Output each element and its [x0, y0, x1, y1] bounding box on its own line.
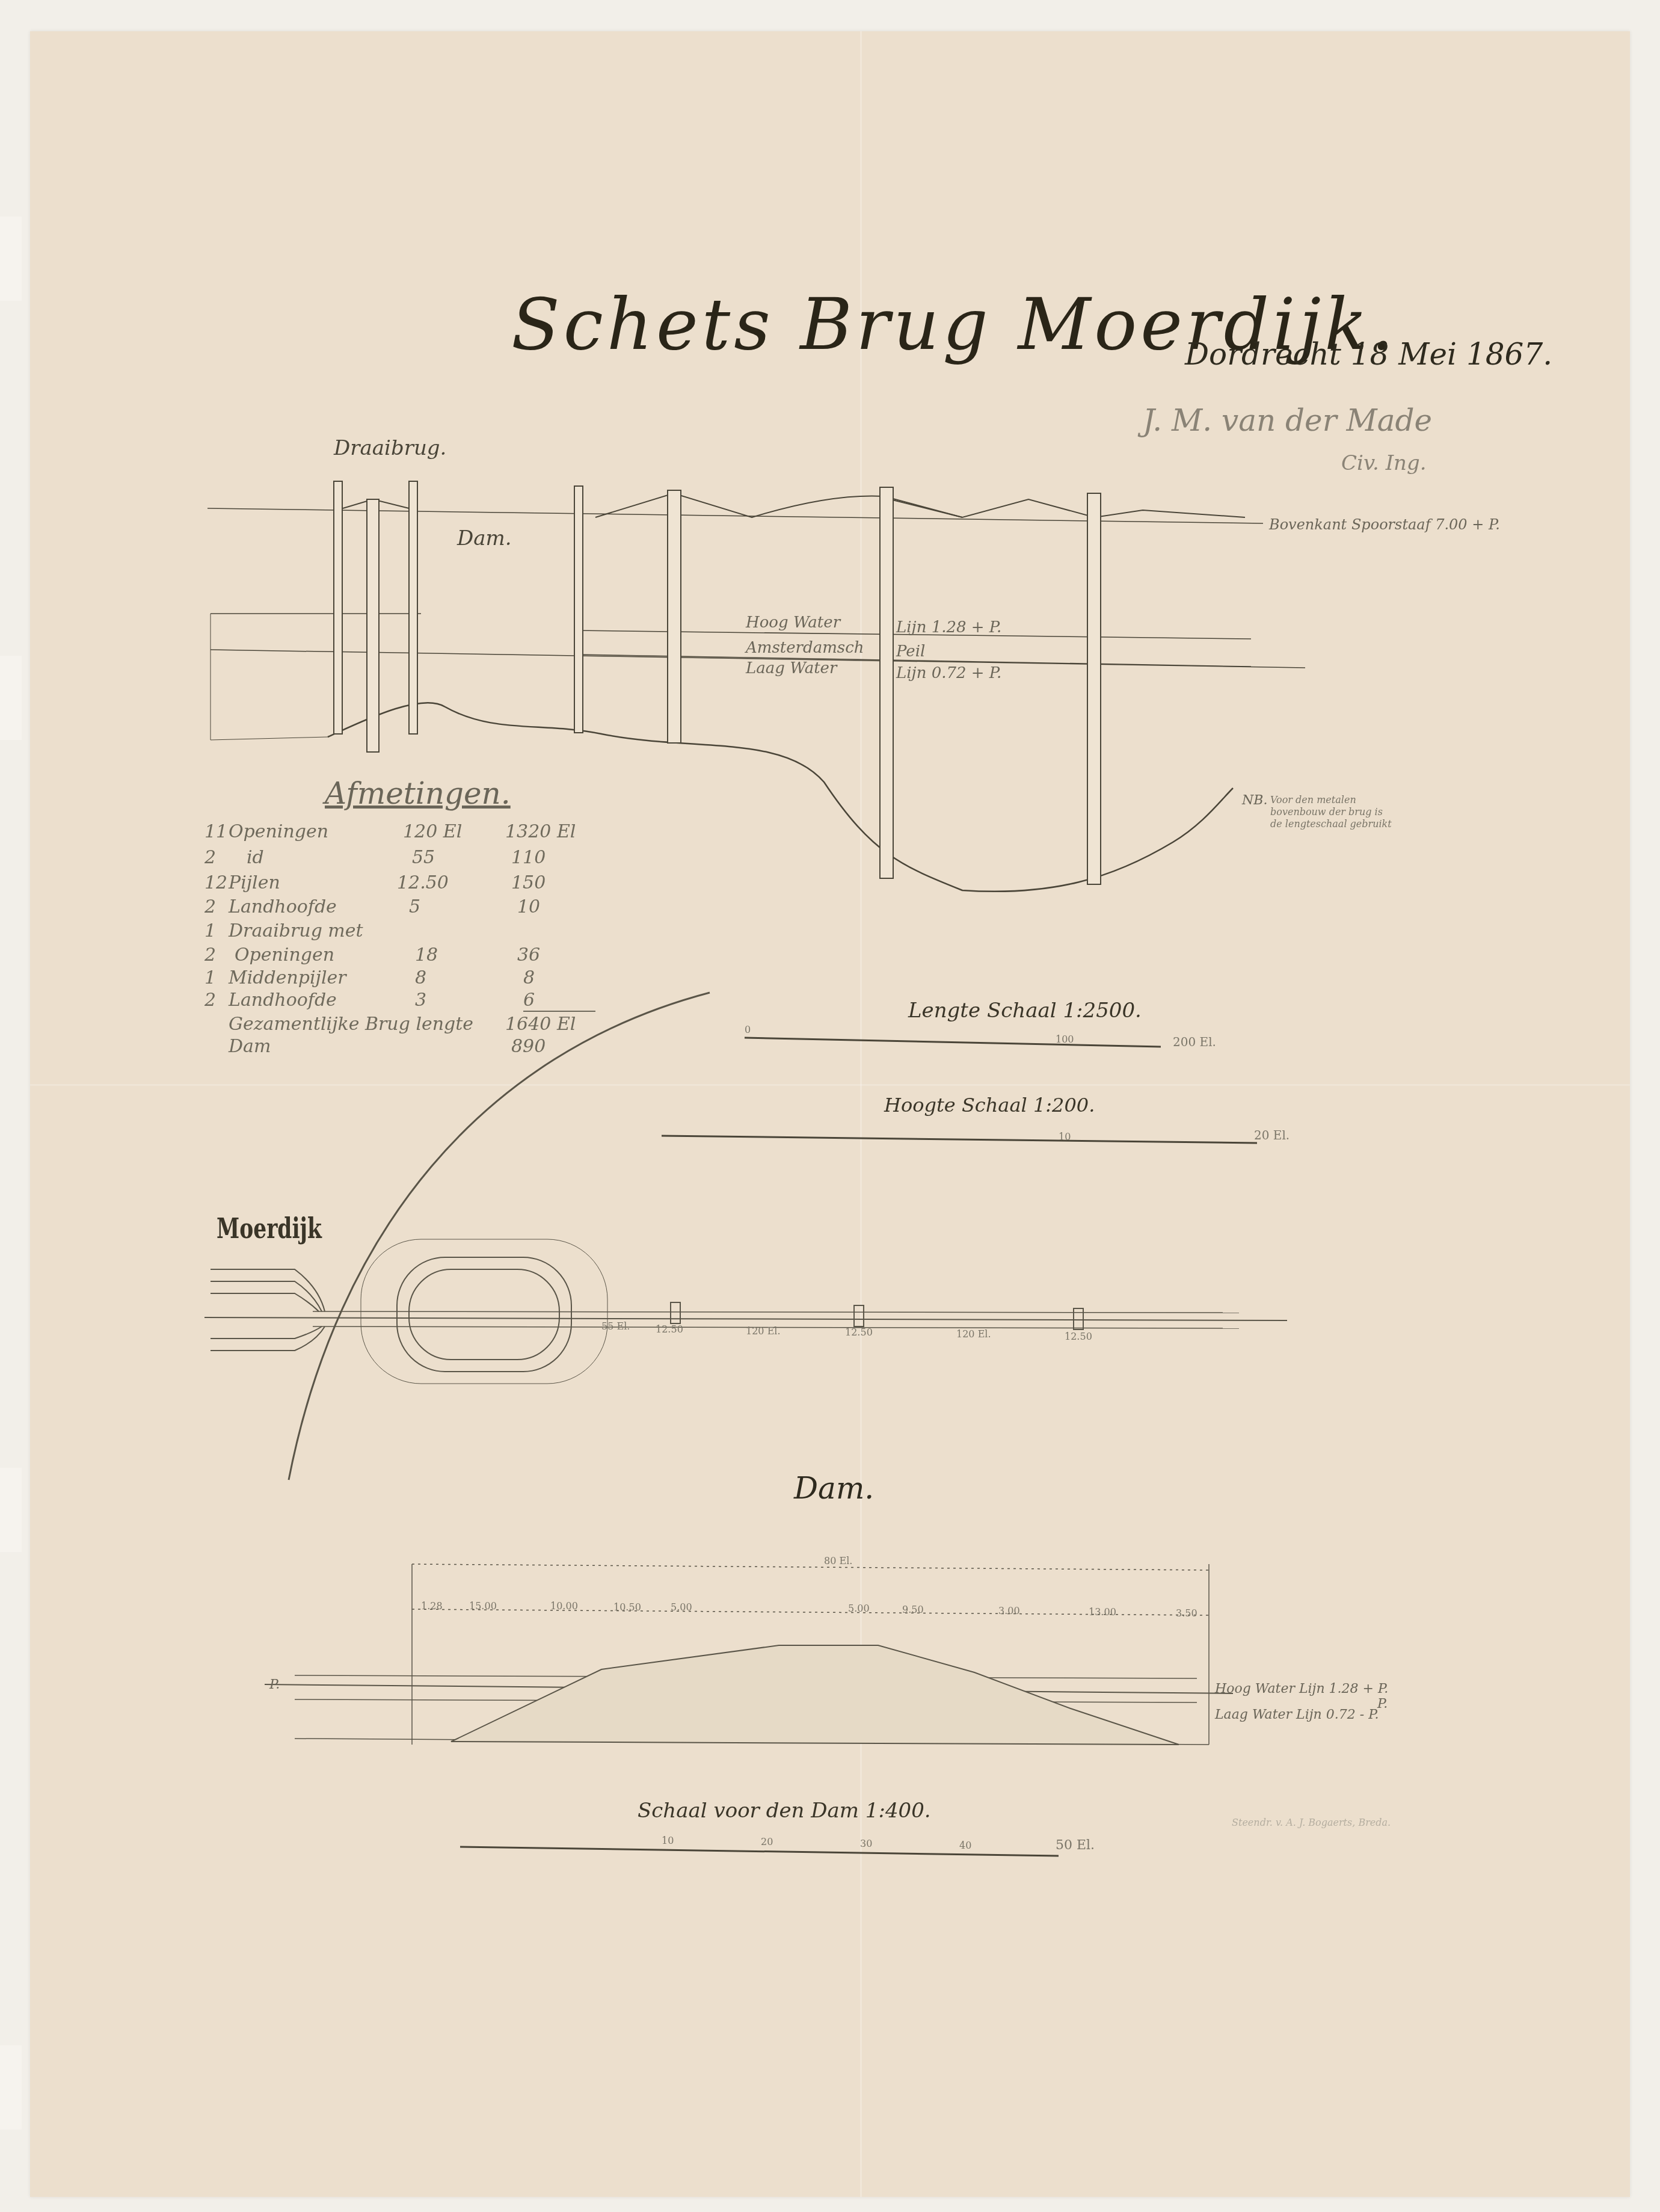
- scale-dam-mark: 40: [959, 1840, 971, 1851]
- scale-lengte-title: Lengte Schaal 1:2500.: [908, 999, 1142, 1023]
- row-total: 110: [511, 847, 546, 868]
- scale-hoogte-mid: 10: [1059, 1131, 1071, 1142]
- note-line: bovenbouw der brug is: [1270, 806, 1383, 818]
- water-level-name: Amsterdamsch: [746, 639, 864, 657]
- row-unit: 8: [415, 967, 426, 988]
- dimensions-title: Afmetingen.: [325, 776, 511, 811]
- dam-seg: 3.00: [998, 1605, 1020, 1616]
- row-count: 1: [204, 967, 216, 988]
- table-row: 2Landhoofde510: [204, 896, 613, 920]
- row-total: 6: [523, 990, 595, 1012]
- dam-value: 890: [511, 1036, 546, 1057]
- plan-dim: 12.50: [845, 1326, 873, 1338]
- table-row: 2Landhoofde36: [204, 990, 613, 1014]
- row-item: Landhoofde: [229, 896, 337, 917]
- dam-high-water: Hoog Water Lijn 1.28 + P.: [1215, 1681, 1388, 1696]
- scale-hoogte-end: 20 El.: [1254, 1128, 1290, 1142]
- row-item: Openingen: [235, 944, 334, 966]
- dam-label: Dam: [229, 1036, 271, 1057]
- scale-lengte-zero: 0: [745, 1024, 751, 1035]
- dam-overall-dim: 80 El.: [824, 1555, 852, 1567]
- total-label: Gezamentlijke Brug lengte: [229, 1014, 473, 1035]
- scale-dam-title: Schaal voor den Dam 1:400.: [638, 1799, 931, 1823]
- plan-dim: 12.50: [1065, 1331, 1092, 1342]
- table-row: 2id55110: [204, 847, 613, 871]
- row-item: Middenpijler: [229, 967, 346, 988]
- scale-dam-mark: 10: [662, 1835, 674, 1846]
- row-unit: 18: [415, 944, 438, 966]
- table-row: 1Middenpijler88: [204, 967, 613, 991]
- scale-dam-mark: 20: [761, 1836, 773, 1847]
- row-item: id: [247, 847, 264, 868]
- row-count: 2: [204, 944, 216, 966]
- row-total: 1320 El: [505, 821, 576, 842]
- label-rail-top: Bovenkant Spoorstaaf 7.00 + P.: [1269, 516, 1500, 533]
- dam-seg: 5.00: [848, 1603, 870, 1614]
- dam-section-title: Dam.: [794, 1471, 874, 1506]
- water-level-value: Lijn 0.72 + P.: [896, 664, 1001, 682]
- scale-dam-end: 50 El.: [1056, 1838, 1095, 1853]
- scale-lengte-mid: 100: [1056, 1034, 1074, 1045]
- scale-lengte-end: 200 El.: [1173, 1035, 1216, 1049]
- row-item: Draaibrug met: [229, 920, 363, 941]
- note-prefix: NB.: [1242, 793, 1267, 808]
- row-unit: 55: [412, 847, 435, 868]
- row-count: 2: [204, 847, 216, 868]
- printer-credit: Steendr. v. A. J. Bogaerts, Breda.: [1232, 1817, 1391, 1828]
- table-total-row: Gezamentlijke Brug lengte1640 El: [204, 1014, 613, 1038]
- dam-low-water: Laag Water Lijn 0.72 - P.: [1215, 1707, 1379, 1722]
- row-total: 36: [517, 944, 540, 966]
- note-line: de lengteschaal gebruikt: [1270, 818, 1392, 830]
- water-level-name: Hoog Water: [746, 614, 840, 632]
- row-unit: 5: [409, 896, 420, 917]
- dam-seg: 10.50: [613, 1601, 641, 1613]
- water-level-value: Peil: [896, 642, 925, 661]
- row-count: 1: [204, 920, 216, 941]
- row-count: 12: [204, 872, 227, 893]
- row-count: 2: [204, 990, 216, 1011]
- scale-hoogte-title: Hoogte Schaal 1:200.: [884, 1094, 1095, 1117]
- scale-dam-mark: 30: [860, 1838, 872, 1849]
- row-count: 2: [204, 896, 216, 917]
- table-row: 2Openingen1836: [204, 944, 613, 969]
- row-total: 10: [517, 896, 540, 917]
- row-item: Pijlen: [229, 872, 280, 893]
- date-place: Dordrecht 18 Mei 1867.: [1185, 337, 1552, 372]
- row-total: 150: [511, 872, 546, 893]
- table-row: 11Openingen120 El1320 El: [204, 821, 613, 845]
- row-unit: 3: [415, 990, 426, 1011]
- row-item: Landhoofde: [229, 990, 337, 1011]
- dam-seg: 5.00: [671, 1601, 692, 1613]
- total-value: 1640 El: [505, 1014, 576, 1035]
- water-level-value: Lijn 1.28 + P.: [896, 618, 1001, 636]
- dam-datum-left: P.: [269, 1677, 280, 1692]
- plan-dim: 120 El.: [746, 1325, 781, 1337]
- dam-seg: 1.28: [421, 1600, 443, 1612]
- table-row: 12Pijlen12.50150: [204, 872, 613, 896]
- plan-dim: 55 El.: [601, 1320, 630, 1332]
- label-dam: Dam.: [457, 526, 512, 550]
- signature: J. M. van der Made: [1143, 403, 1432, 438]
- signature-title: Civ. Ing.: [1341, 451, 1427, 475]
- plan-dim: 120 El.: [956, 1328, 991, 1340]
- dam-seg: 3.50: [1176, 1607, 1197, 1619]
- note-line: Voor den metalen: [1270, 794, 1356, 806]
- dam-datum-right: P.: [1377, 1696, 1388, 1711]
- label-draaibrug: Draaibrug.: [334, 436, 446, 460]
- row-unit: 120 El: [403, 821, 462, 842]
- water-level-name: Laag Water: [746, 659, 837, 677]
- place-label-moerdijk: Moerdijk: [217, 1212, 322, 1245]
- row-item: Openingen: [229, 821, 328, 842]
- dam-seg: 9.50: [902, 1604, 924, 1615]
- plan-dim: 12.50: [656, 1323, 683, 1335]
- row-unit: 12.50: [397, 872, 449, 893]
- table-row: 1Draaibrug met: [204, 920, 613, 944]
- dam-seg: 10.00: [550, 1600, 578, 1612]
- dam-seg: 13.00: [1089, 1606, 1116, 1618]
- row-total: 8: [523, 967, 535, 988]
- table-dam-row: Dam890: [204, 1036, 613, 1060]
- dam-seg: 15.00: [469, 1600, 497, 1612]
- row-count: 11: [204, 821, 227, 842]
